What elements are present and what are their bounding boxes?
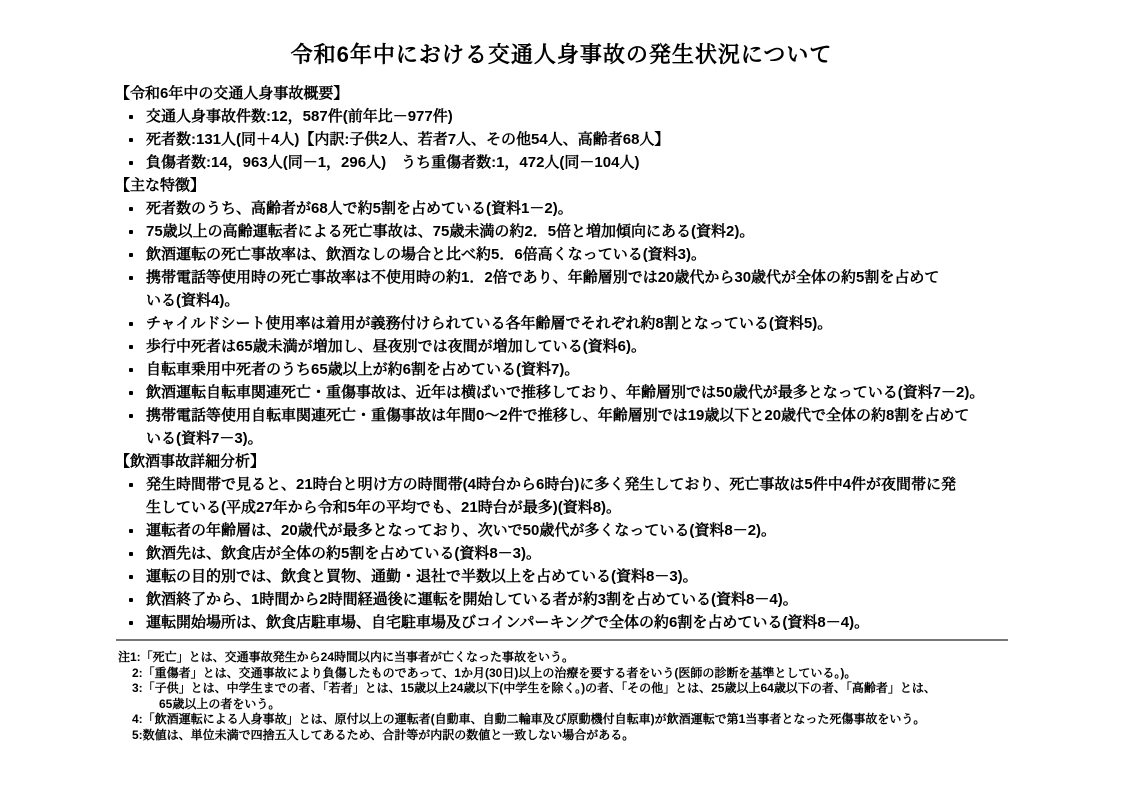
bullet-dot-icon	[129, 161, 133, 165]
bullet-text: 歩行中死者は65歳未満が増加し、昼夜別では夜間が増加している(資料6)。	[146, 338, 646, 355]
footnote-line: 3:「子供」とは、中学生までの者、「若者」とは、15歳以上24歳以下(中学生を除…	[118, 681, 936, 697]
bullet-dot-icon	[129, 322, 133, 326]
bullet-item: 飲酒運転の死亡事故率は、飲酒なしの場合と比べ約5．6倍高くなっている(資料3)。	[115, 243, 1063, 266]
section-heading: 【主な特徴】	[115, 174, 1063, 197]
footnote-line: 65歳以上の者をいう。	[118, 697, 936, 713]
footnote-line: 2:「重傷者」とは、交通事故により負傷したものであって、1か月(30日)以上の治…	[118, 666, 936, 682]
bullet-item: 運転の目的別では、飲食と買物、通勤・退社で半数以上を占めている(資料8－3)。	[115, 565, 1063, 588]
page-title: 令和6年中における交通人身事故の発生状況について	[0, 42, 1123, 67]
bullet-item: 運転開始場所は、飲食店駐車場、自宅駐車場及びコインパーキングで全体の約6割を占め…	[115, 611, 1063, 634]
bullet-dot-icon	[129, 207, 133, 211]
bullet-text: 交通人身事故件数:12，587件(前年比－977件)	[146, 108, 453, 125]
section: 【飲酒事故詳細分析】発生時間帯で見ると、21時台と明け方の時間帯(4時台から6時…	[115, 450, 1063, 634]
footnote-divider	[116, 639, 1008, 641]
bullet-list: 発生時間帯で見ると、21時台と明け方の時間帯(4時台から6時台)に多く発生してお…	[115, 473, 1063, 634]
bullet-dot-icon	[129, 552, 133, 556]
bullet-text: 負傷者数:14，963人(同－1，296人) うち重傷者数:1，472人(同－1…	[146, 154, 639, 171]
bullet-text: 自転車乗用中死者のうち65歳以上が約6割を占めている(資料7)。	[146, 361, 579, 378]
bullet-dot-icon	[129, 391, 133, 395]
bullet-item: チャイルドシート使用率は着用が義務付けられている各年齢層でそれぞれ約8割となって…	[115, 312, 1063, 335]
footnote-line: 注1:「死亡」とは、交通事故発生から24時間以内に当事者が亡くなった事故をいう。	[118, 650, 936, 666]
bullet-text: 携帯電話等使用自転車関連死亡・重傷事故は年間0～2件で推移し、年齢層別では19歳…	[146, 407, 969, 447]
bullet-dot-icon	[129, 138, 133, 142]
bullet-dot-icon	[129, 483, 133, 487]
bullet-text: 運転の目的別では、飲食と買物、通勤・退社で半数以上を占めている(資料8－3)。	[146, 568, 698, 585]
bullet-item: 飲酒運転自転車関連死亡・重傷事故は、近年は横ばいで推移しており、年齢層別では50…	[115, 381, 1063, 404]
bullet-text: 死者数:131人(同＋4人)【内訳:子供2人、若者7人、その他54人、高齢者68…	[146, 131, 669, 148]
bullet-item: 交通人身事故件数:12，587件(前年比－977件)	[115, 105, 1063, 128]
bullet-list: 交通人身事故件数:12，587件(前年比－977件)死者数:131人(同＋4人)…	[115, 105, 1063, 174]
bullet-text: 飲酒運転自転車関連死亡・重傷事故は、近年は横ばいで推移しており、年齢層別では50…	[146, 384, 984, 401]
bullet-item: 75歳以上の高齢運転者による死亡事故は、75歳未満の約2．5倍と増加傾向にある(…	[115, 220, 1063, 243]
bullet-dot-icon	[129, 276, 133, 280]
footnote-line: 4:「飲酒運転による人身事故」とは、原付以上の運転者(自動車、自動二輪車及び原動…	[118, 712, 936, 728]
bullet-dot-icon	[129, 368, 133, 372]
bullet-item: 歩行中死者は65歳未満が増加し、昼夜別では夜間が増加している(資料6)。	[115, 335, 1063, 358]
bullet-item: 飲酒終了から、1時間から2時間経過後に運転を開始している者が約3割を占めている(…	[115, 588, 1063, 611]
bullet-text: 運転者の年齢層は、20歳代が最多となっており、次いで50歳代が多くなっている(資…	[146, 522, 776, 539]
document-page: 令和6年中における交通人身事故の発生状況について 【令和6年中の交通人身事故概要…	[0, 0, 1123, 794]
bullet-text: 飲酒終了から、1時間から2時間経過後に運転を開始している者が約3割を占めている(…	[146, 591, 798, 608]
bullet-text: 死者数のうち、高齢者が68人で約5割を占めている(資料1－2)。	[146, 200, 573, 217]
bullet-text: 飲酒先は、飲食店が全体の約5割を占めている(資料8－3)。	[146, 545, 541, 562]
footnote-line: 5:数値は、単位未満で四捨五入してあるため、合計等が内訳の数値と一致しない場合が…	[118, 728, 936, 744]
bullet-item: 発生時間帯で見ると、21時台と明け方の時間帯(4時台から6時台)に多く発生してお…	[115, 473, 1063, 519]
section: 【主な特徴】死者数のうち、高齢者が68人で約5割を占めている(資料1－2)。75…	[115, 174, 1063, 450]
bullet-dot-icon	[129, 115, 133, 119]
section: 【令和6年中の交通人身事故概要】交通人身事故件数:12，587件(前年比－977…	[115, 82, 1063, 174]
bullet-text: 飲酒運転の死亡事故率は、飲酒なしの場合と比べ約5．6倍高くなっている(資料3)。	[146, 246, 706, 263]
section-heading: 【令和6年中の交通人身事故概要】	[115, 82, 1063, 105]
bullet-dot-icon	[129, 621, 133, 625]
bullet-item: 携帯電話等使用時の死亡事故率は不使用時の約1．2倍であり、年齢層別では20歳代か…	[115, 266, 1063, 312]
document-body: 【令和6年中の交通人身事故概要】交通人身事故件数:12，587件(前年比－977…	[115, 82, 1063, 634]
bullet-dot-icon	[129, 529, 133, 533]
bullet-text: 75歳以上の高齢運転者による死亡事故は、75歳未満の約2．5倍と増加傾向にある(…	[146, 223, 754, 240]
bullet-item: 死者数のうち、高齢者が68人で約5割を占めている(資料1－2)。	[115, 197, 1063, 220]
bullet-text: 発生時間帯で見ると、21時台と明け方の時間帯(4時台から6時台)に多く発生してお…	[146, 476, 956, 516]
bullet-dot-icon	[129, 230, 133, 234]
bullet-text: 運転開始場所は、飲食店駐車場、自宅駐車場及びコインパーキングで全体の約6割を占め…	[146, 614, 869, 631]
bullet-text: 携帯電話等使用時の死亡事故率は不使用時の約1．2倍であり、年齢層別では20歳代か…	[146, 269, 939, 309]
bullet-dot-icon	[129, 414, 133, 418]
bullet-item: 飲酒先は、飲食店が全体の約5割を占めている(資料8－3)。	[115, 542, 1063, 565]
bullet-item: 携帯電話等使用自転車関連死亡・重傷事故は年間0～2件で推移し、年齢層別では19歳…	[115, 404, 1063, 450]
section-heading: 【飲酒事故詳細分析】	[115, 450, 1063, 473]
bullet-item: 負傷者数:14，963人(同－1，296人) うち重傷者数:1，472人(同－1…	[115, 151, 1063, 174]
bullet-dot-icon	[129, 575, 133, 579]
bullet-text: チャイルドシート使用率は着用が義務付けられている各年齢層でそれぞれ約8割となって…	[146, 315, 832, 332]
bullet-list: 死者数のうち、高齢者が68人で約5割を占めている(資料1－2)。75歳以上の高齢…	[115, 197, 1063, 450]
bullet-dot-icon	[129, 253, 133, 257]
bullet-item: 運転者の年齢層は、20歳代が最多となっており、次いで50歳代が多くなっている(資…	[115, 519, 1063, 542]
bullet-dot-icon	[129, 598, 133, 602]
bullet-dot-icon	[129, 345, 133, 349]
bullet-item: 自転車乗用中死者のうち65歳以上が約6割を占めている(資料7)。	[115, 358, 1063, 381]
footnotes: 注1:「死亡」とは、交通事故発生から24時間以内に当事者が亡くなった事故をいう。…	[118, 650, 936, 743]
bullet-item: 死者数:131人(同＋4人)【内訳:子供2人、若者7人、その他54人、高齢者68…	[115, 128, 1063, 151]
